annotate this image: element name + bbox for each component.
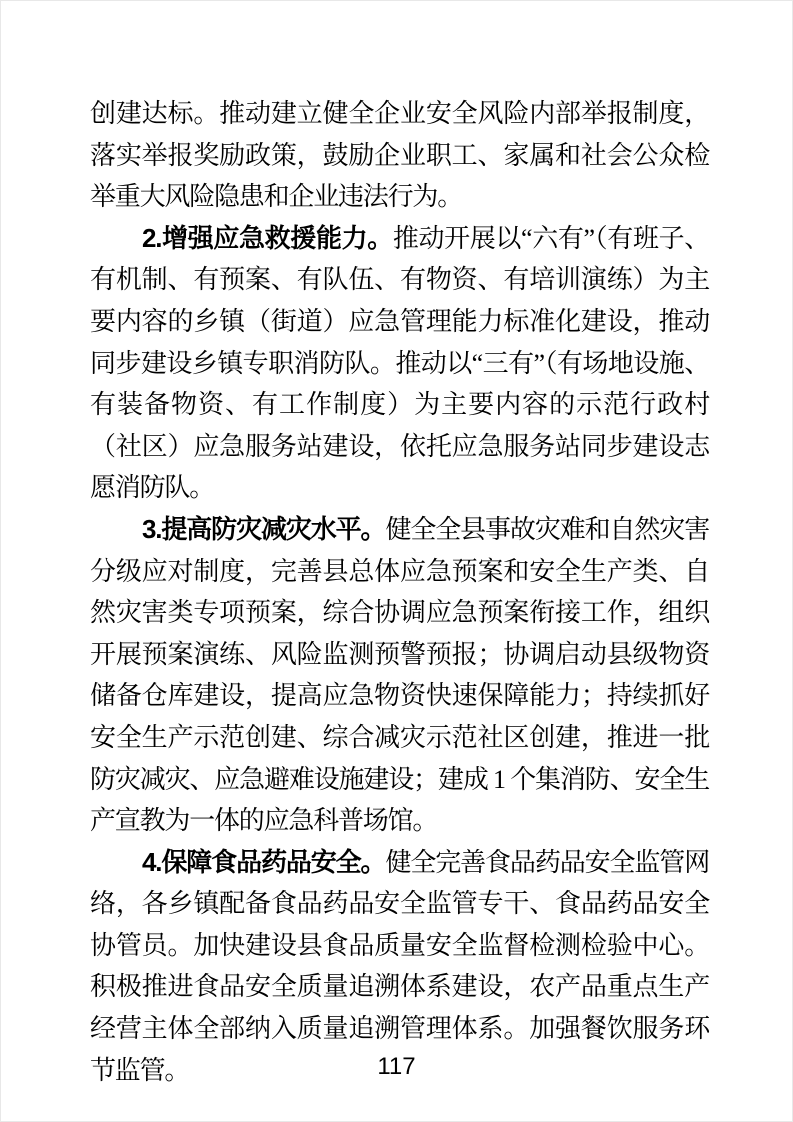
- paragraph-lead: 2.增强应急救援能力。: [142, 223, 393, 253]
- page-number: 117: [1, 1053, 792, 1081]
- paragraph-continuation: 创建达标。推动建立健全企业安全风险内部举报制度，落实举报奖励政策，鼓励企业职工、…: [90, 93, 709, 218]
- page-content: 创建达标。推动建立健全企业安全风险内部举报制度，落实举报奖励政策，鼓励企业职工、…: [90, 93, 709, 1091]
- paragraph-body: 健全完善食品药品安全监管网络，各乡镇配备食品药品安全监管专干、食品药品安全协管员…: [90, 848, 709, 1085]
- paragraph-item-3: 3.提高防灾减灾水平。健全全县事故灾难和自然灾害分级应对制度，完善县总体应急预案…: [90, 509, 709, 842]
- paragraph-body: 健全全县事故灾难和自然灾害分级应对制度，完善县总体应急预案和安全生产类、自然灾害…: [90, 515, 709, 835]
- paragraph-lead: 3.提高防灾减灾水平。: [142, 514, 385, 544]
- paragraph-item-2: 2.增强应急救援能力。推动开展以“六有”（有班子、有机制、有预案、有队伍、有物资…: [90, 218, 709, 509]
- paragraph-body: 创建达标。推动建立健全企业安全风险内部举报制度，落实举报奖励政策，鼓励企业职工、…: [90, 99, 709, 211]
- paragraph-lead: 4.保障食品药品安全。: [142, 847, 385, 877]
- document-page: 创建达标。推动建立健全企业安全风险内部举报制度，落实举报奖励政策，鼓励企业职工、…: [0, 0, 793, 1122]
- paragraph-body: 推动开展以“六有”（有班子、有机制、有预案、有队伍、有物资、有培训演练）为主要内…: [90, 224, 709, 503]
